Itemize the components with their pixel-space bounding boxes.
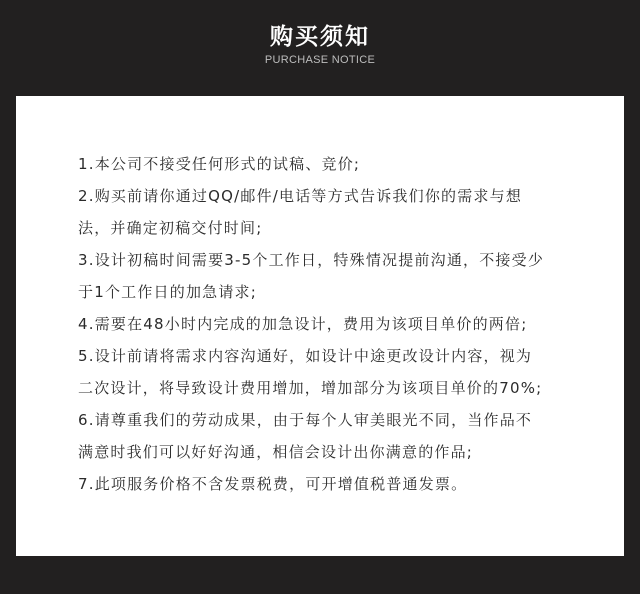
notice-list: 1.本公司不接受任何形式的试稿、竞价; 2.购买前请你通过QQ/邮件/电话等方式… [78, 148, 578, 500]
page-title: 购买须知 [0, 22, 640, 52]
notice-item-6: 6.请尊重我们的劳动成果，由于每个人审美眼光不同，当作品不 [78, 404, 578, 436]
notice-item-7: 7.此项服务价格不含发票税费，可开增值税普通发票。 [78, 468, 578, 500]
notice-item-5: 5.设计前请将需求内容沟通好，如设计中途更改设计内容，视为 [78, 340, 578, 372]
notice-item-6-continued: 满意时我们可以好好沟通，相信会设计出你满意的作品; [78, 436, 578, 468]
notice-panel: 1.本公司不接受任何形式的试稿、竞价; 2.购买前请你通过QQ/邮件/电话等方式… [16, 96, 624, 556]
notice-item-3: 3.设计初稿时间需要3-5个工作日，特殊情况提前沟通，不接受少 [78, 244, 578, 276]
notice-item-2-continued: 法，并确定初稿交付时间; [78, 212, 578, 244]
notice-item-3-continued: 于1个工作日的加急请求; [78, 276, 578, 308]
page-subtitle: PURCHASE NOTICE [0, 53, 640, 67]
header: 购买须知 PURCHASE NOTICE [0, 0, 640, 96]
notice-item-1: 1.本公司不接受任何形式的试稿、竞价; [78, 148, 578, 180]
notice-item-5-continued: 二次设计，将导致设计费用增加，增加部分为该项目单价的70%; [78, 372, 578, 404]
notice-item-2: 2.购买前请你通过QQ/邮件/电话等方式告诉我们你的需求与想 [78, 180, 578, 212]
notice-item-4: 4.需要在48小时内完成的加急设计，费用为该项目单价的两倍; [78, 308, 578, 340]
